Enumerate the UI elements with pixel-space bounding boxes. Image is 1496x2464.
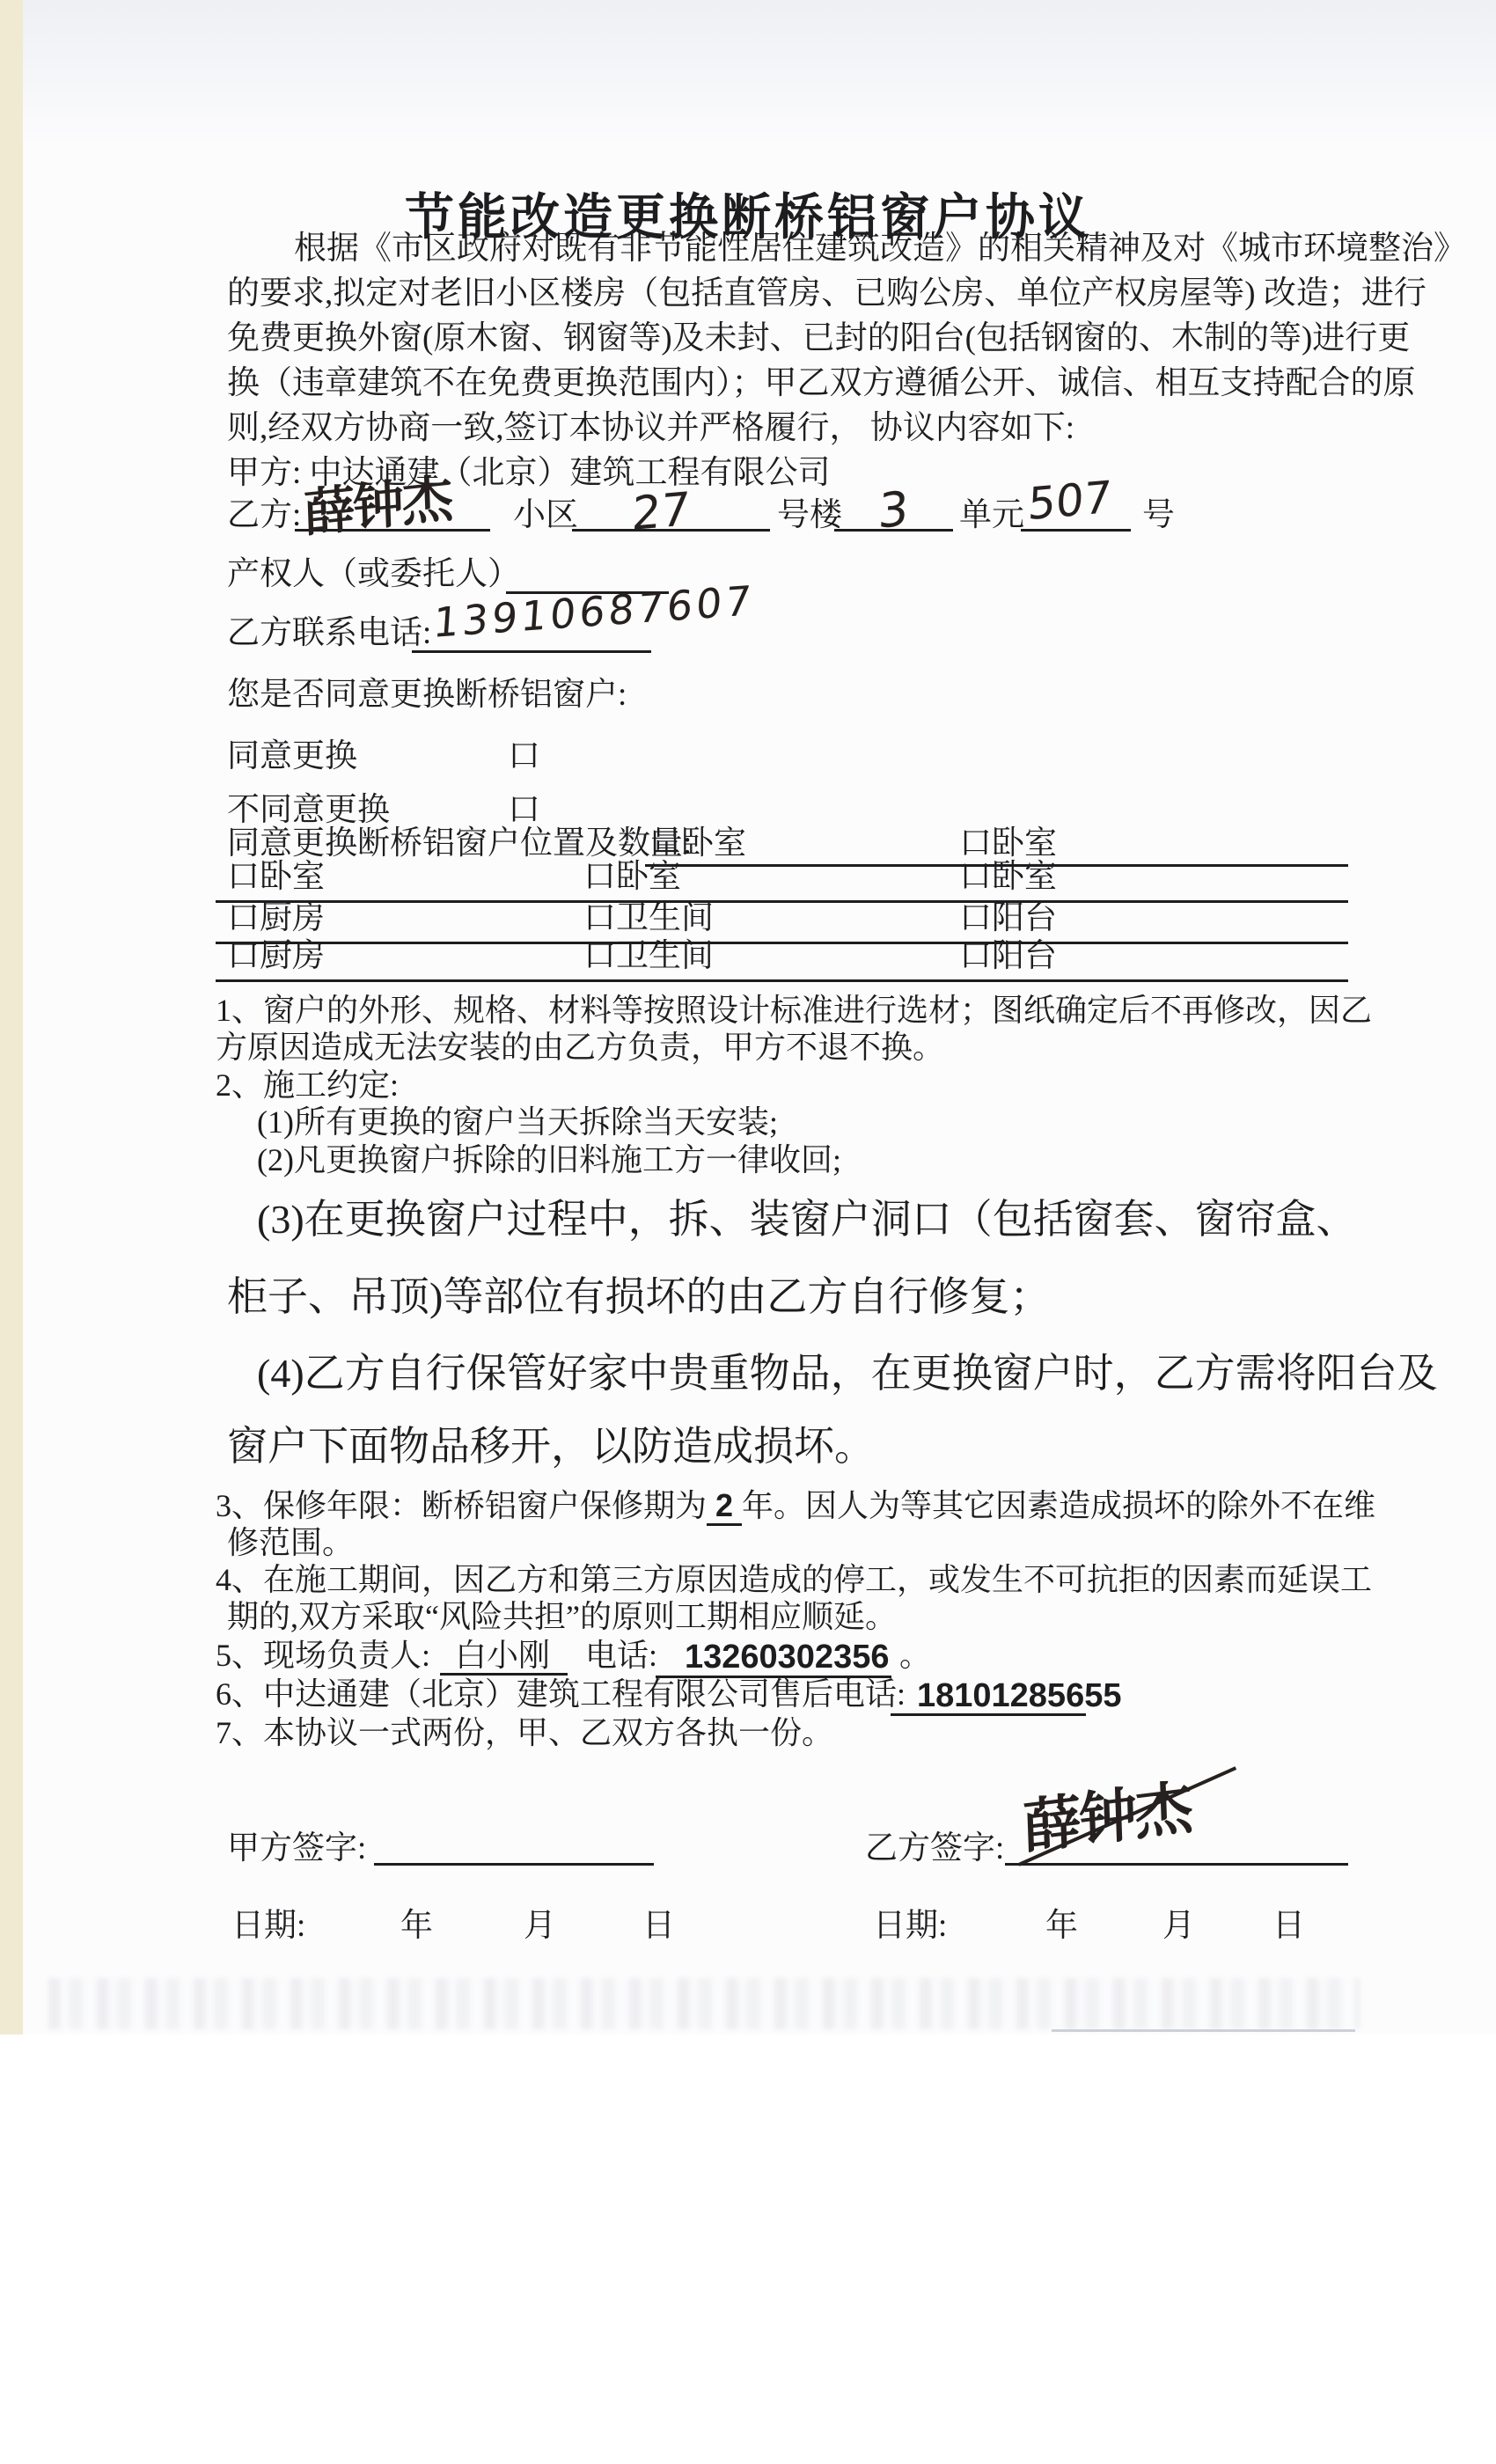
table-cell: 口阳台 <box>959 928 1057 976</box>
intro-line: 的要求,拟定对老旧小区楼房（包括直管房、已购公房、单位产权房屋等) 改造；进行 <box>227 275 1426 313</box>
clause-2-item-4-line: (4)乙方自行保管好家中贵重物品，在更换窗户时，乙方需将阳台及 <box>257 1351 1438 1397</box>
party-a-signature-blank <box>374 1831 654 1866</box>
contact-phone-label: 乙方联系电话: <box>227 615 431 653</box>
date-year-label: 年 <box>1045 1908 1078 1946</box>
clause-3-line: 3、保修年限：断桥铝窗户保修期为2年。因人为等其它因素造成损坏的除外不在维 <box>216 1487 1375 1526</box>
intro-line: 根据《市区政府对既有非节能性居住建筑改造》的相关精神及对《城市环境整治》 <box>294 231 1466 268</box>
clause-3-post: 年。因人为等其它因素造成损坏的除外不在维 <box>742 1488 1375 1523</box>
party-a-signature-label: 甲方签字: <box>227 1830 366 1868</box>
clause-2-heading: 2、施工约定: <box>216 1067 399 1104</box>
handwritten-unit-number: 507 <box>1027 472 1113 531</box>
table-cell: 口卫生间 <box>583 928 714 976</box>
clause-4-line: 4、在施工期间，因乙方和第三方原因造成的停工，或发生不可抗拒的因素而延误工 <box>216 1562 1372 1598</box>
clause-7-line: 7、本协议一式两份，甲、乙双方各执一份。 <box>216 1715 833 1751</box>
handwritten-party-b-name: 薛钟杰 <box>303 457 452 546</box>
date-year-label: 年 <box>400 1908 433 1946</box>
scan-top-shadow <box>23 0 1496 150</box>
site-manager-phone-label: 电话: <box>585 1638 657 1674</box>
scan-page-edge-line <box>1052 2029 1355 2032</box>
clause-3-line: 修范围。 <box>227 1525 354 1561</box>
scanned-agreement-document: 节能改造更换断桥铝窗户协议 根据《市区政府对既有非节能性居住建筑改造》的相关精神… <box>0 0 1496 2464</box>
agreement-question: 您是否同意更换断桥铝窗户: <box>227 677 627 715</box>
date-label: 日期: <box>873 1908 947 1946</box>
clause-5-label: 5、现场负责人: <box>216 1638 430 1674</box>
handwritten-building-number: 3 <box>876 480 910 539</box>
clause-2-item-3-line: 柜子、吊顶)等部位有损坏的由乙方自行修复； <box>227 1274 1050 1321</box>
warranty-years-value: 2 <box>707 1487 742 1526</box>
table-row: 口厨房 口卫生间 口阳台 <box>216 903 1348 944</box>
clause-6-label: 6、中达通建（北京）建筑工程有限公司售后电话: <box>216 1676 906 1712</box>
clause-3-pre: 3、保修年限：断桥铝窗户保修期为 <box>216 1488 707 1523</box>
clause-4-line: 期的,双方采取“风险共担”的原则工期相应顺延。 <box>227 1599 897 1635</box>
party-b-label: 乙方: <box>227 497 301 535</box>
unit-label: 单元 <box>959 497 1024 535</box>
table-row: 口厨房 口卫生间 口阳台 <box>216 941 1348 982</box>
intro-line: 免费更换外窗(原木窗、钢窗等)及未封、已封的阳台(包括钢窗的、木制的等)进行更 <box>227 320 1410 358</box>
community-label: 小区 <box>513 497 578 535</box>
date-month-label: 月 <box>1162 1908 1195 1946</box>
site-manager-phone-number: 13260302356 <box>685 1639 889 1677</box>
handwritten-community-number: 27 <box>631 483 692 541</box>
table-row: 口卧室 口卧室 口卧室 <box>216 862 1348 903</box>
party-b-signature-label: 乙方签字: <box>865 1830 1004 1868</box>
table-cell: 口厨房 <box>227 928 325 976</box>
aftersales-phone-number: 18101285655 <box>917 1677 1121 1716</box>
agree-label: 同意更换 <box>227 738 357 776</box>
site-manager-name: 白小刚 <box>455 1638 550 1674</box>
table-cell: 口卧室 <box>959 849 1057 897</box>
clause-2-item-3-line: (3)在更换窗户过程中，拆、装窗户洞口（包括窗套、窗帘盒、 <box>257 1197 1357 1243</box>
table-cell: 口卧室 <box>227 849 325 897</box>
date-day-label: 日 <box>642 1908 675 1946</box>
clause-5-period: 。 <box>899 1638 931 1674</box>
agree-checkbox: 口 <box>508 738 540 776</box>
date-label: 日期: <box>231 1908 305 1946</box>
intro-line: 换（违章建筑不在免费更换范围内）；甲乙双方遵循公开、诚信、相互支持配合的原 <box>227 365 1416 403</box>
date-day-label: 日 <box>1272 1908 1305 1946</box>
unit-suffix-label: 号 <box>1142 497 1175 535</box>
clause-2-item-4-line: 窗户下面物品移开，以防造成损坏。 <box>227 1424 875 1470</box>
intro-line: 则,经双方协商一致,签订本协议并严格履行， 协议内容如下: <box>227 410 1074 448</box>
date-month-label: 月 <box>524 1908 556 1946</box>
scan-bleedthrough-band <box>48 1978 1360 2029</box>
clause-2-item: (2)凡更换窗户拆除的旧料施工方一律收回; <box>257 1142 841 1178</box>
clause-1-line: 1、窗户的外形、规格、材料等按照设计标准进行选材；图纸确定后不再修改，因乙 <box>216 993 1372 1029</box>
building-label: 号楼 <box>777 497 842 535</box>
clause-1-line: 方原因造成无法安装的由乙方负责，甲方不退不换。 <box>216 1030 944 1066</box>
clause-2-item: (1)所有更换的窗户当天拆除当天安装; <box>257 1104 778 1140</box>
table-cell: 口卧室 <box>583 849 681 897</box>
owner-label: 产权人（或委托人） <box>227 556 520 594</box>
scanner-edge-strip <box>0 0 23 2035</box>
